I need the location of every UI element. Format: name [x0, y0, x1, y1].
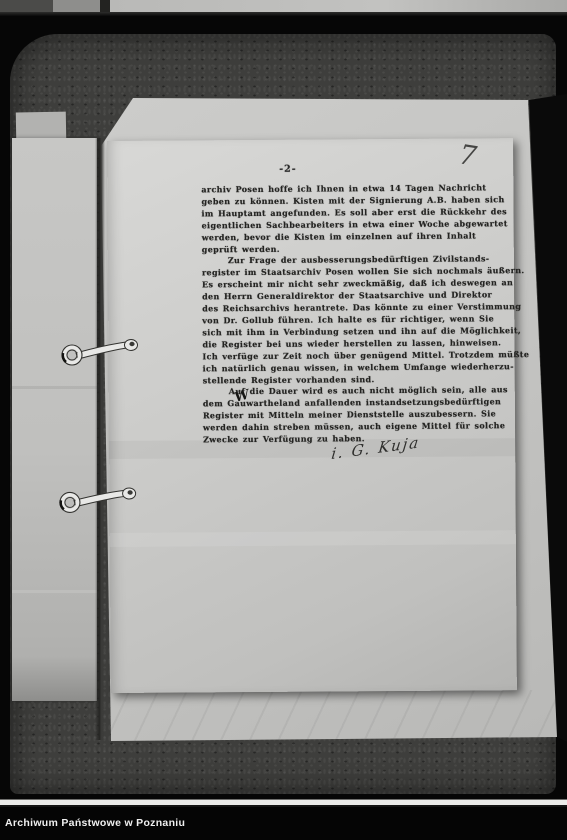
caption-bar: Archiwum Państwowe w Poznaniu: [0, 807, 567, 840]
typed-letter-page: -2- 7 archiv Posen hoffe ich Ihnen in et…: [107, 138, 517, 693]
paper-crease: [12, 386, 97, 389]
typed-line: ich natürlich genau wissen, in welchem U…: [203, 361, 517, 375]
paper-tonal-band: [110, 530, 516, 547]
folio-number-handwritten: 7: [457, 139, 479, 172]
binder-clip-bottom: [58, 481, 145, 516]
binding-gutter-shadow: [95, 138, 105, 740]
typed-line: werden dahin streben müssen, auch eigene…: [203, 420, 517, 434]
archive-scan-photo: -2- 7 archiv Posen hoffe ich Ihnen in et…: [0, 0, 567, 840]
typed-text-block: archiv Posen hoffe ich Ihnen in etwa 14 …: [201, 182, 517, 446]
binder-clip-top: [60, 334, 146, 368]
caption-text: Archiwum Państwowe w Poznaniu: [5, 817, 185, 829]
paper-crease: [12, 590, 97, 593]
left-page-verso: [12, 138, 97, 701]
page-number: -2-: [279, 164, 297, 175]
page-edge-sliver: [16, 112, 66, 140]
typed-line: werden, bevor die Kisten im einzelnen au…: [202, 230, 516, 244]
